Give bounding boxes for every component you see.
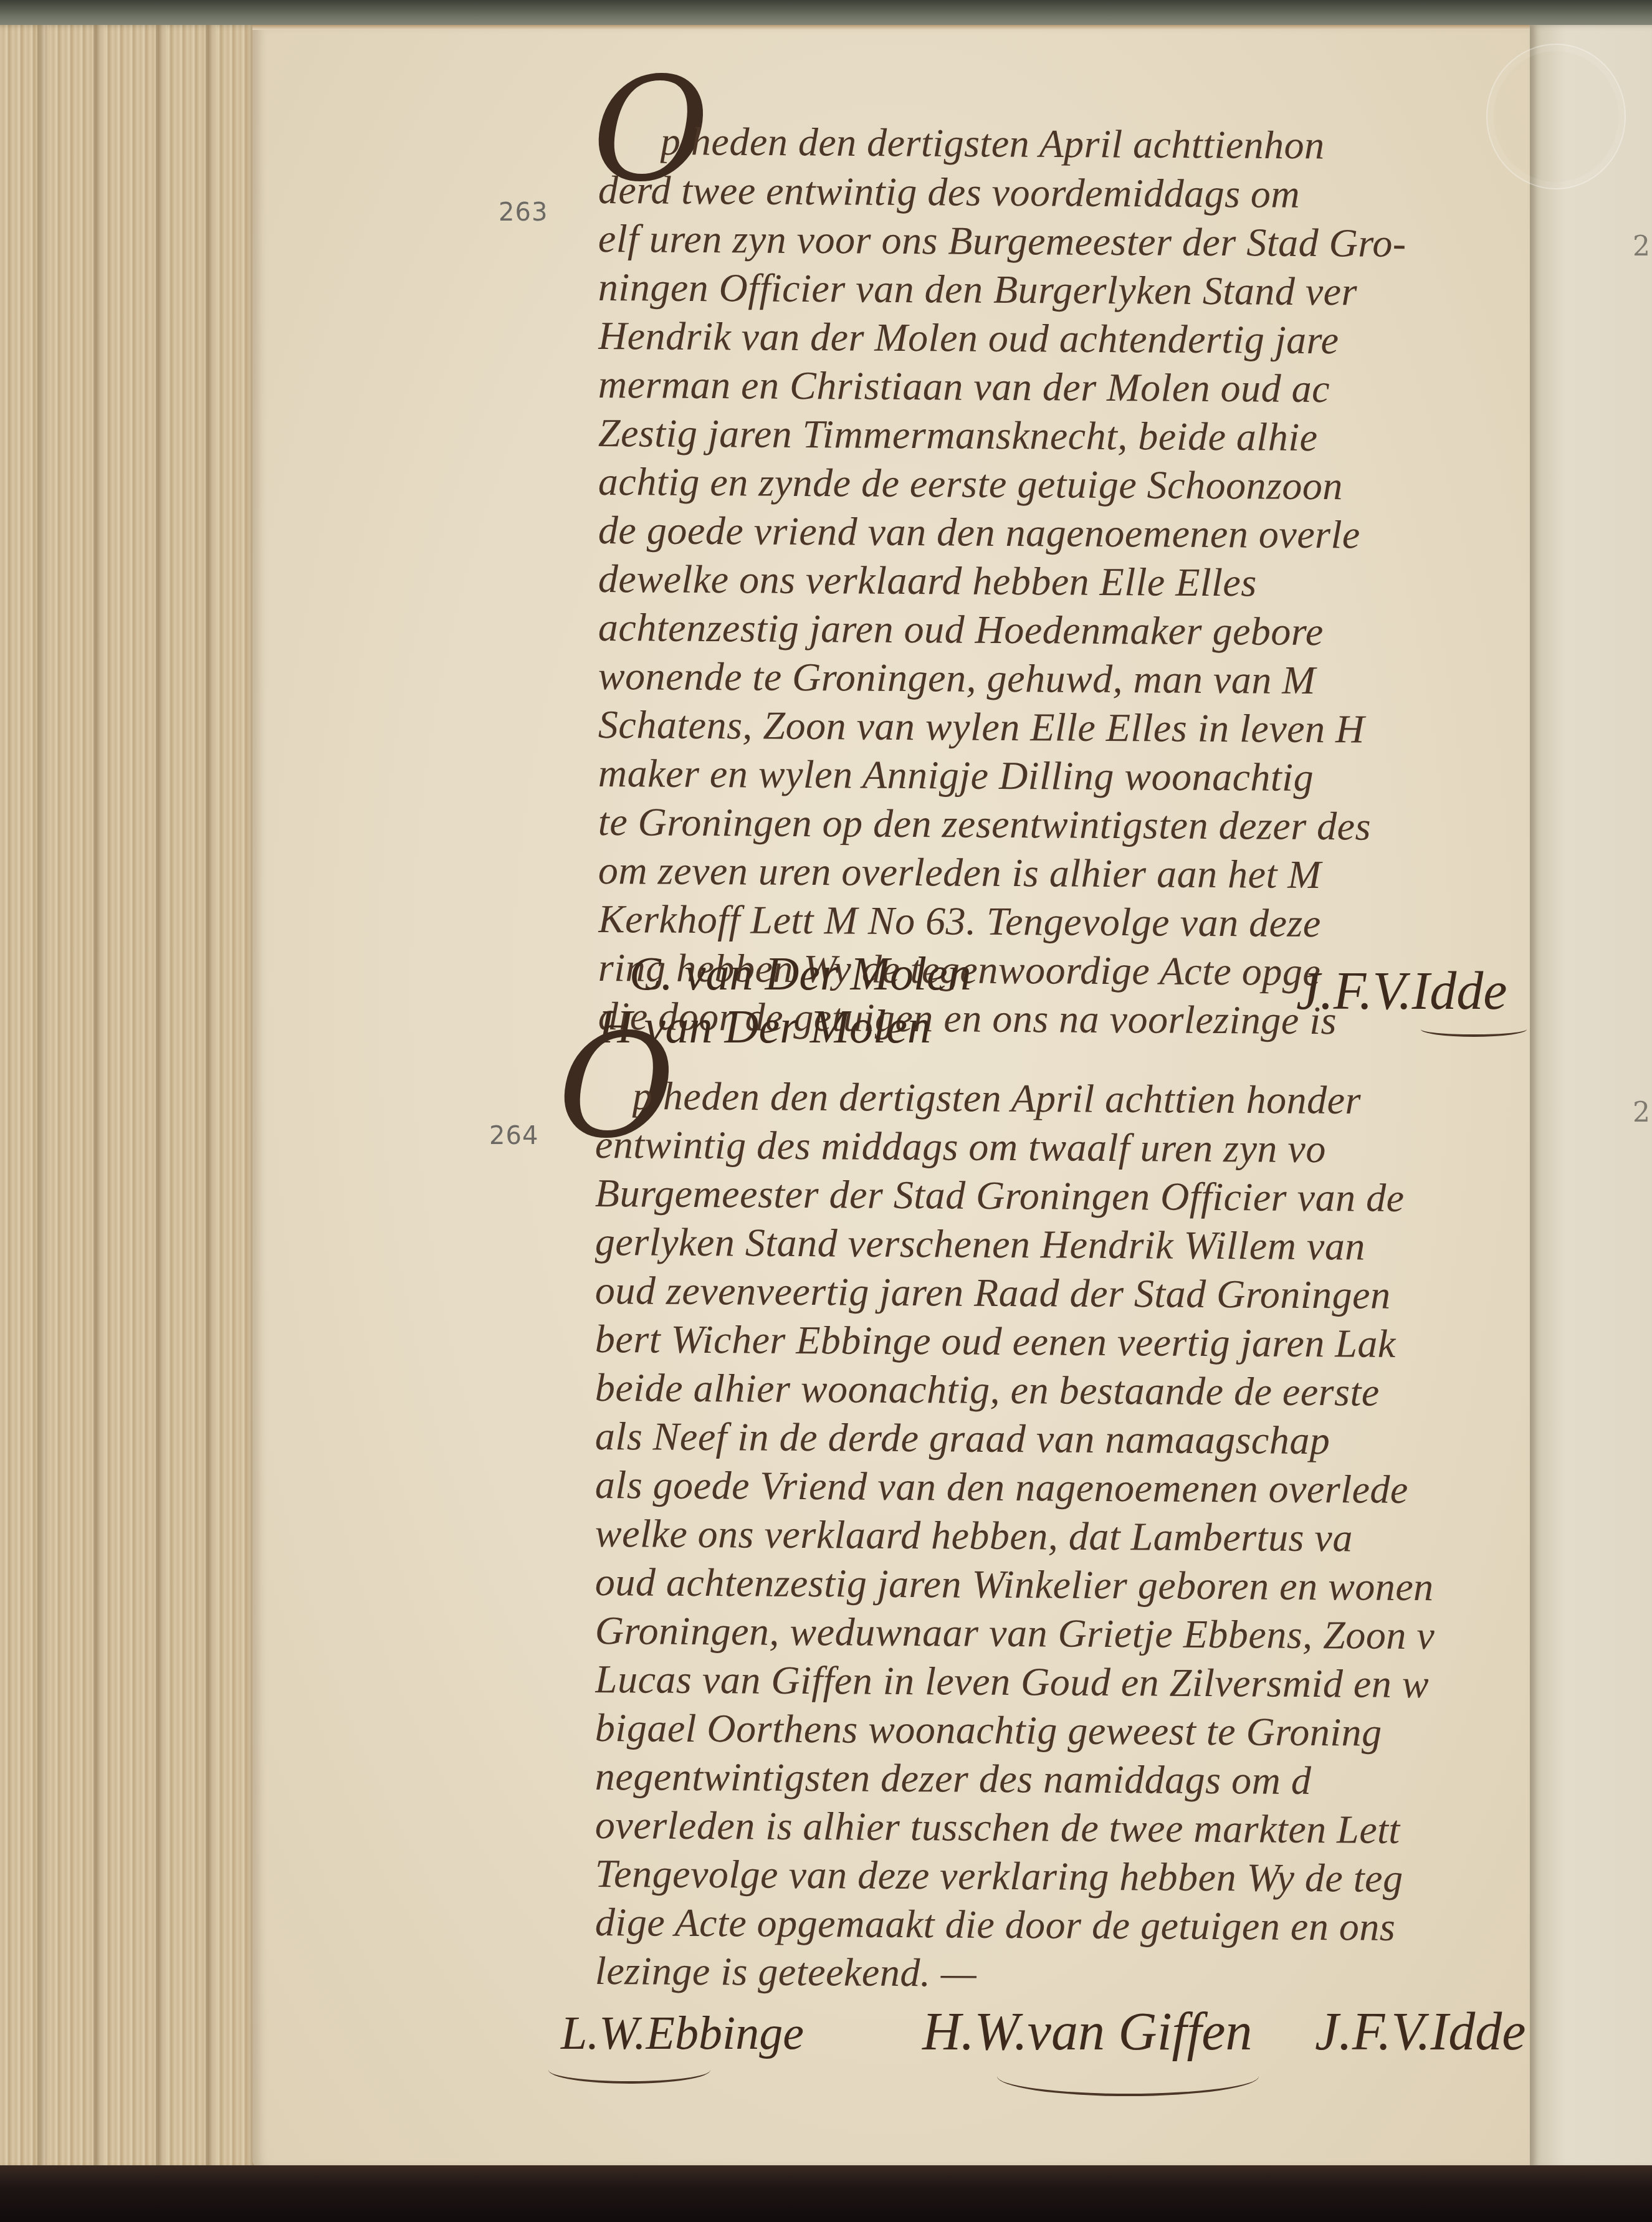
facing-page-number: 2	[1633, 231, 1650, 262]
record-number: 263	[499, 198, 548, 227]
signature-official: J.F.V.Idde	[1315, 2000, 1525, 2062]
record-line: merman en Christiaan van der Molen oud a…	[598, 361, 1530, 413]
record-line: Lucas van Giffen in leven Goud en Zilver…	[595, 1656, 1527, 1708]
record-line: negentwintigsten dezer des namiddags om …	[595, 1753, 1527, 1805]
signature-flourish	[1421, 1022, 1527, 1037]
facing-page-number: 2	[1633, 1097, 1650, 1128]
record-line: dewelke ons verklaard hebben Elle Elles	[598, 556, 1530, 608]
page-top-edge	[252, 25, 1530, 30]
page-edge	[156, 25, 167, 2168]
record-line: bert Wicher Ebbinge oud eenen veertig ja…	[595, 1316, 1527, 1368]
record-line: Schatens, Zoon van wylen Elle Elles in l…	[598, 702, 1530, 753]
signature-flourish	[548, 2056, 710, 2084]
record-line: achtenzestig jaren oud Hoedenmaker gebor…	[598, 604, 1530, 656]
record-line: oud zevenveertig jaren Raad der Stad Gro…	[595, 1267, 1527, 1319]
record-line: welke ons verklaard hebben, dat Lambertu…	[595, 1510, 1527, 1562]
record-line: als goede Vriend van den nagenoemenen ov…	[595, 1462, 1527, 1514]
record-line: p heden den dertigsten April achttien ho…	[633, 1073, 1524, 1125]
record-line: elf uren zyn voor ons Burgemeester der S…	[598, 216, 1530, 267]
record-line: derd twee entwintig des voordemiddags om	[598, 167, 1530, 219]
record-line: te Groningen op den zesentwintigsten dez…	[598, 799, 1530, 851]
scanner-top-edge	[0, 0, 1652, 28]
signature-witness-2: H.W.van Giffen	[922, 2000, 1252, 2062]
record-line: maker en wylen Annigje Dilling woonachti…	[598, 750, 1530, 802]
page-edge	[93, 25, 105, 2168]
record-line: Hendrik van der Molen oud achtendertig j…	[598, 313, 1530, 365]
page-edge	[206, 25, 217, 2168]
record-line: ningen Officier van den Burgerlyken Stan…	[598, 264, 1530, 316]
signature-flourish	[997, 2056, 1259, 2096]
record-line: de goede vriend van den nagenoemenen ove…	[598, 507, 1530, 559]
record-line: entwintig des middags om twaalf uren zyn…	[595, 1122, 1527, 1173]
record-line: gerlyken Stand verschenen Hendrik Willem…	[595, 1219, 1527, 1271]
record-line: Tengevolge van deze verklaring hebben Wy…	[595, 1851, 1527, 1902]
book-page-stack	[0, 25, 255, 2168]
record-line: achtig en zynde de eerste getuige Schoon…	[598, 459, 1530, 510]
record-number: 264	[489, 1122, 538, 1150]
record-line: overleden is alhier tusschen de twee mar…	[595, 1802, 1527, 1854]
record-line: bigael Oorthens woonachtig geweest te Gr…	[595, 1705, 1527, 1757]
signature-witness-1: C. van Der Molen	[629, 947, 972, 1001]
page-edge	[37, 25, 49, 2168]
record-line: als Neef in de derde graad van namaagsch…	[595, 1413, 1527, 1465]
record-line: om zeven uren overleden is alhier aan he…	[598, 847, 1530, 899]
record-line: beide alhier woonachtig, en bestaande de…	[595, 1365, 1527, 1416]
record-line: Groningen, weduwnaar van Grietje Ebbens,…	[595, 1608, 1527, 1659]
record-line: dige Acte opgemaakt die door de getuigen…	[595, 1899, 1527, 1951]
record-line: lezinge is geteekend. —	[595, 1948, 1527, 2000]
scanner-bottom-edge	[0, 2165, 1652, 2222]
signature-official: J.F.V.Idde	[1296, 960, 1507, 1022]
record-line: oud achtenzestig jaren Winkelier geboren…	[595, 1559, 1527, 1611]
record-line: wonende te Groningen, gehuwd, man van M	[598, 653, 1530, 705]
record-line: Zestig jaren Timmermansknecht, beide alh…	[598, 410, 1530, 462]
signature-witness-1: L.W.Ebbinge	[561, 2006, 804, 2061]
record-line: Kerkhoff Lett M No 63. Tengevolge van de…	[598, 896, 1530, 948]
record-line: Burgemeester der Stad Groningen Officier…	[595, 1170, 1527, 1222]
record-line: p heden den dertigsten April achttienhon	[661, 118, 1527, 169]
